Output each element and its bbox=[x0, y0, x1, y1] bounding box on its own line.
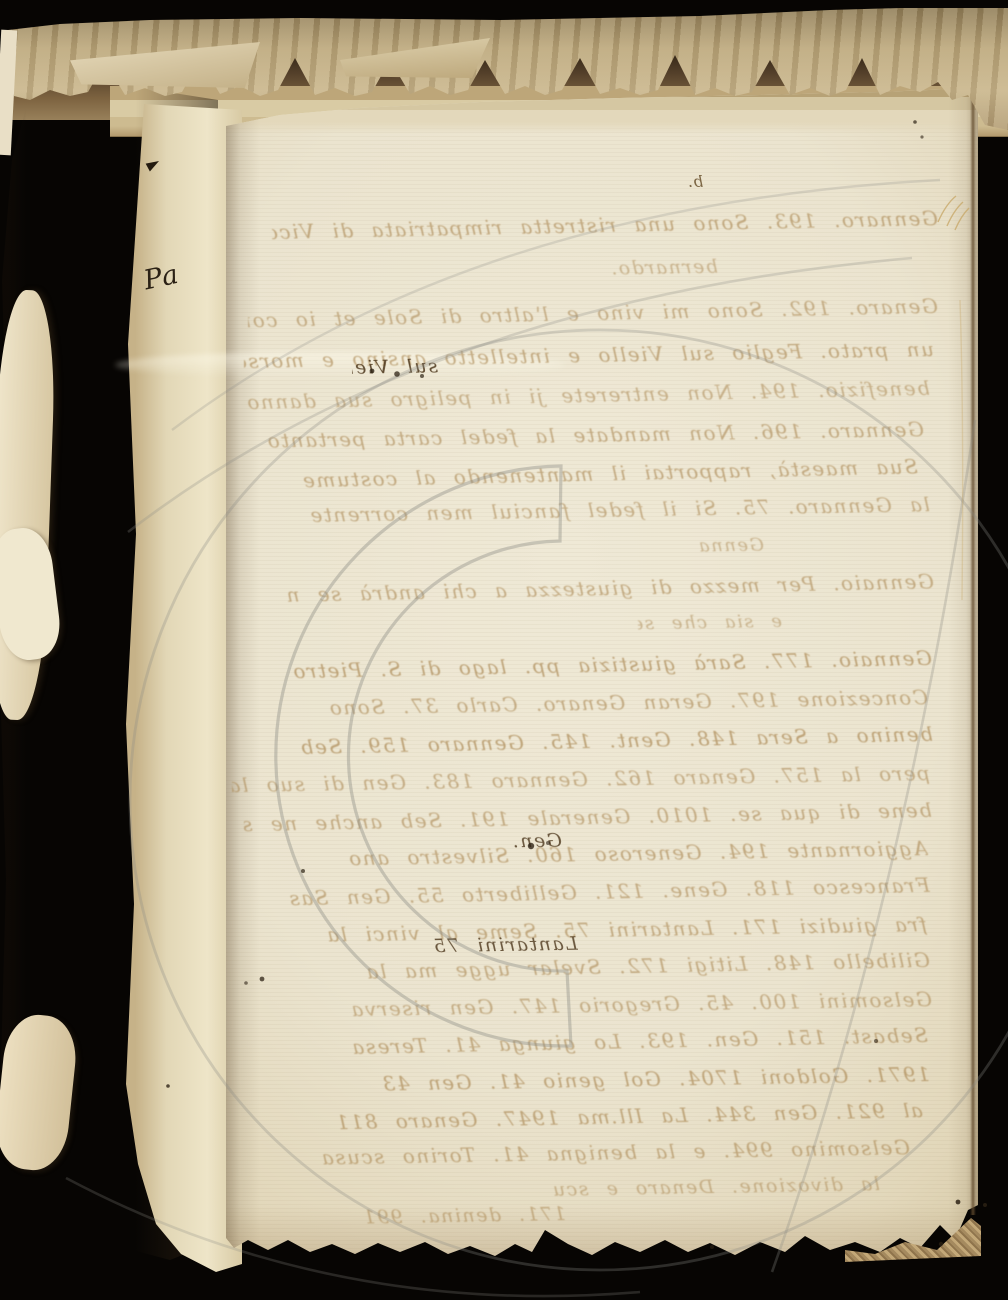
small-ink-mark-b: b. bbox=[688, 172, 703, 191]
page-gutter-crease bbox=[970, 95, 976, 1215]
photograph-of-manuscript-book: Pa b. Gennaro. 193. Sono una ristretta r… bbox=[0, 0, 1008, 1300]
adjacent-page-strip bbox=[974, 82, 1008, 1224]
page-curl-highlight bbox=[115, 352, 565, 378]
manuscript-page bbox=[226, 88, 978, 1265]
